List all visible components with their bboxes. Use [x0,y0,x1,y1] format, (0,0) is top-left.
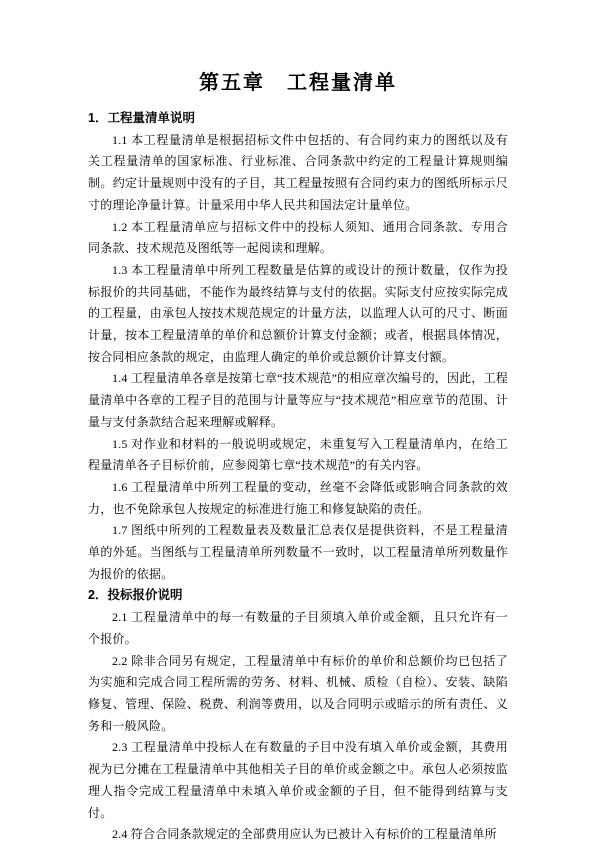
chapter-label: 第五章 [199,72,265,94]
section-heading-1: 1．工程量清单说明 [88,108,508,130]
page-title: 第五章工程量清单 [88,70,508,96]
section-heading-2: 2．投标报价说明 [88,585,508,607]
clause-2-2: 2.2 除非合同另有规定，工程量清单中有标价的单价和总额价均已包括了为实施和完成… [88,651,508,738]
clause-2-3: 2.3 工程量清单中投标人在有数量的子目中没有填入单价或金额，其费用视为已分摊在… [88,737,508,824]
clause-1-1: 1.1 本工程量清单是根据招标文件中包括的、有合同约束力的图纸以及有关工程量清单… [88,130,508,217]
clause-1-3: 1.3 本工程量清单中所列工程数量是估算的或设计的预计数量，仅作为投标报价的共同… [88,260,508,369]
clause-1-6: 1.6 工程量清单中所列工程量的变动，丝毫不会降低或影响合同条款的效力，也不免除… [88,477,508,520]
clause-2-4: 2.4 符合合同条款规定的全部费用应认为已被计入有标价的工程量清单所 [88,824,508,842]
clause-1-4: 1.4 工程量清单各章是按第七章“技术规范”的相应章次编号的，因此，工程量清单中… [88,368,508,433]
chapter-title: 工程量清单 [287,72,397,94]
clause-2-1: 2.1 工程量清单中的每一有数量的子目须填入单价或金额，且只允许有一个报价。 [88,607,508,650]
clause-1-7: 1.7 图纸中所列的工程数量表及数量汇总表仅是提供资料，不是工程量清单的外延。当… [88,520,508,585]
clause-1-5: 1.5 对作业和材料的一般说明或规定，未重复写入工程量清单内，在给工程量清单各子… [88,434,508,477]
clause-1-2: 1.2 本工程量清单应与招标文件中的投标人须知、通用合同条款、专用合同条款、技术… [88,217,508,260]
document-page: 第五章工程量清单 1．工程量清单说明 1.1 本工程量清单是根据招标文件中包括的… [0,0,595,842]
